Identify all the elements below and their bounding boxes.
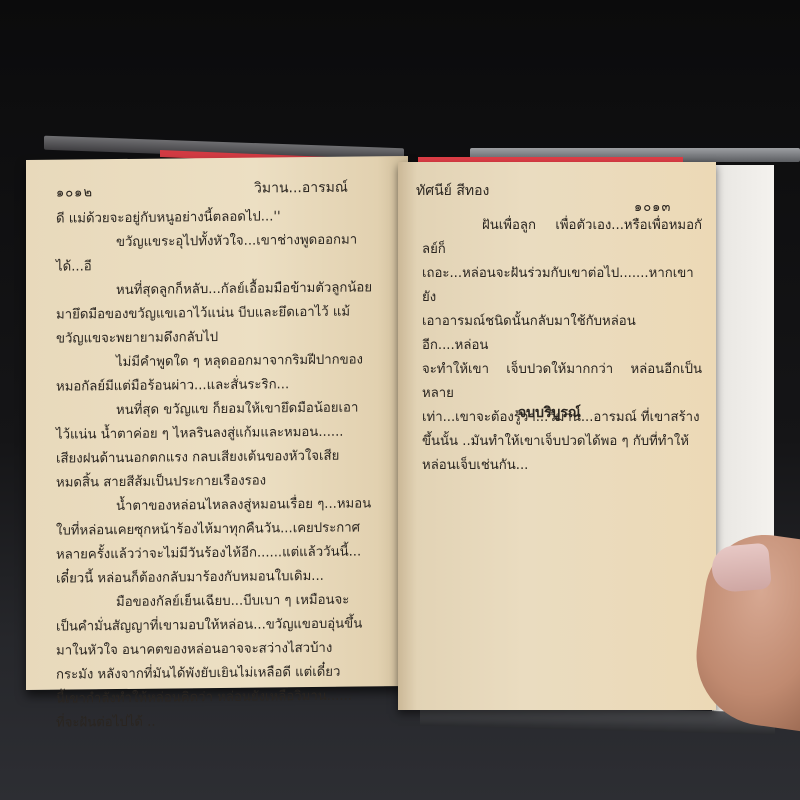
text-line: ที่จะฝันต่อไปได้ .. (56, 708, 374, 735)
left-body-text: ดี แม่ด้วยจะอยู่กับหนูอย่างนี้ตลอดไป...'… (56, 204, 374, 735)
text-line: หมดสิ้น สายสีส้มเป็นประกายเรืองรอง (56, 468, 374, 495)
text-line: ใบที่หล่อนเคยซุกหน้าร้องไห้มาทุกคืนวัน..… (56, 516, 374, 543)
text-line: หมอกัลย์มีแต่มือร้อนผ่าว...และสั่นระริก.… (56, 372, 374, 399)
text-line: น้ำตาของหล่อนไหลลงสู่หมอนเรื่อย ๆ...หมอน (56, 492, 374, 519)
text-line: ขวัญแขระอุไปทั้งหัวใจ...เขาช่างพูดออกมาไ… (56, 228, 374, 279)
left-page: ๑๐๑๒ วิมาน...อารมณ์ ดี แม่ด้วยจะอยู่กับห… (26, 156, 408, 690)
text-line: หล่อนเจ็บเช่นกัน... (422, 454, 702, 478)
text-line: เอาอารมณ์ชนิดนั้นกลับมาใช้กับหล่อนอีก...… (422, 310, 702, 358)
text-line: หนที่สุดลูกก็หลับ...กัลย์เอื้อมมือข้ามตั… (56, 276, 374, 303)
text-line: หลายครั้งแล้วว่าจะไม่มีวันร้องไห้อีก....… (56, 540, 374, 567)
text-line: ไว้แน่น น้ำตาค่อย ๆ ไหลรินลงสู่แก้มและหม… (56, 420, 374, 447)
text-line: มือของกัลย์เย็นเฉียบ...บีบเบา ๆ เหมือนจะ (56, 588, 374, 615)
text-line: มาในหัวใจ อนาคตของหล่อนอาจจะสว่างไสวบ้าง (56, 636, 374, 663)
text-line: เป็นคำมั่นสัญญาที่เขามอบให้หล่อน...ขวัญแ… (56, 612, 374, 639)
ending-label: จบบริบูรณ์ (518, 402, 581, 424)
text-line: ไม่มีคำพูดใด ๆ หลุดออกมาจากริมฝีปากของ (56, 348, 374, 375)
text-line: ฝันเพื่อลูก เพื่อตัวเอง...หรือเพื่อหมอกั… (422, 214, 702, 262)
text-line: ดี แม่ด้วยจะอยู่กับหนูอย่างนี้ตลอดไป...'… (56, 204, 374, 231)
text-line: นี้เขากำลังทำให้หล่อนคิดว่า หล่อนยังเหลื… (56, 684, 374, 711)
text-line: หนที่สุด ขวัญแข ก็ยอมให้เขายึดมือน้อยเอา (56, 396, 374, 423)
right-body-text: ฝันเพื่อลูก เพื่อตัวเอง...หรือเพื่อหมอกั… (422, 214, 702, 478)
text-line: กระมัง หลังจากที่มันได้พังยับเยินไม่เหลื… (56, 660, 374, 687)
thumbnail (710, 543, 772, 594)
text-line: จะทำให้เขา เจ็บปวดให้มากกว่า หล่อนอีกเป็… (422, 358, 702, 406)
text-line: เดี๋ยวนี้ หล่อนก็ต้องกลับมาร้องกับหมอนใบ… (56, 564, 374, 591)
left-page-number: ๑๐๑๒ (56, 181, 93, 202)
text-line: ขวัญแขจะพยายามดึงกลับไป (56, 324, 374, 351)
text-line: เสียงฝนด้านนอกตกแรง กลบเสียงเต้นของหัวใจ… (56, 444, 374, 471)
book-photo: ๑๐๑๒ วิมาน...อารมณ์ ดี แม่ด้วยจะอยู่กับห… (0, 0, 800, 800)
right-page: ทัศนีย์ สีทอง ๑๐๑๓ ฝันเพื่อลูก เพื่อตัวเ… (398, 162, 716, 710)
text-line: ขึ้นนั้น ..มันทำให้เขาเจ็บปวดได้พอ ๆ กับ… (422, 430, 702, 454)
text-line: มายึดมือของขวัญแขเอาไว้แน่น บีบและยึดเอา… (56, 300, 374, 327)
left-running-header: วิมาน...อารมณ์ (254, 177, 348, 200)
text-line: เถอะ...หล่อนจะฝันร่วมกับเขาต่อไป.......ห… (422, 262, 702, 310)
right-running-header: ทัศนีย์ สีทอง (416, 180, 489, 202)
